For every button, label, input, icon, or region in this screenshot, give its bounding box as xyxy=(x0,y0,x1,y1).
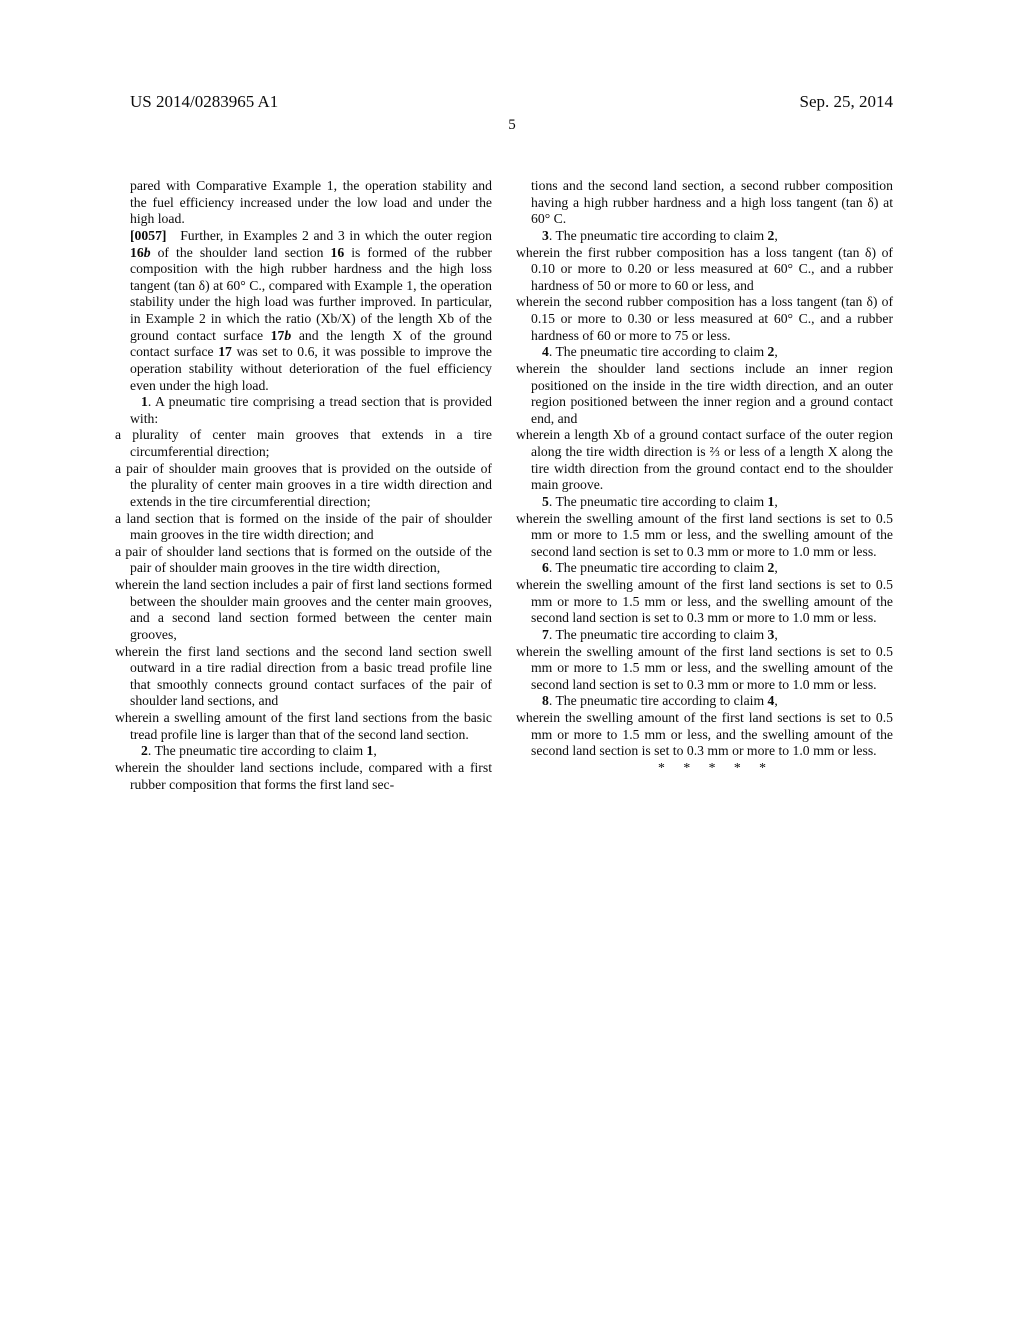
paragraph-element: a pair of shoulder main grooves that is … xyxy=(130,461,492,511)
paragraph-claim: 6. The pneumatic tire according to claim… xyxy=(531,560,893,577)
paragraph-element: a plurality of center main grooves that … xyxy=(130,427,492,460)
paragraph-claim: 7. The pneumatic tire according to claim… xyxy=(531,627,893,644)
paragraph-wherein: wherein the swelling amount of the first… xyxy=(531,644,893,694)
paragraph-element: wherein a swelling amount of the first l… xyxy=(130,710,492,743)
paragraph-claim: 3. The pneumatic tire according to claim… xyxy=(531,228,893,245)
right-column: tions and the second land section, a sec… xyxy=(531,178,893,793)
paragraph-wherein: wherein the shoulder land sections inclu… xyxy=(130,760,492,793)
paragraph-wherein: wherein the first rubber composition has… xyxy=(531,245,893,295)
paragraph-claim: 4. The pneumatic tire according to claim… xyxy=(531,344,893,361)
document-body: pared with Comparative Example 1, the op… xyxy=(130,178,893,793)
paragraph-element: wherein the first land sections and the … xyxy=(130,644,492,711)
paragraph-claim: 8. The pneumatic tire according to claim… xyxy=(531,693,893,710)
page-number: 5 xyxy=(0,116,1024,134)
page-header: US 2014/0283965 A1 Sep. 25, 2014 xyxy=(130,92,893,112)
left-column: pared with Comparative Example 1, the op… xyxy=(130,178,492,793)
paragraph-element: wherein the land section includes a pair… xyxy=(130,577,492,644)
paragraph-wherein: wherein the swelling amount of the first… xyxy=(531,577,893,627)
paragraph-body: pared with Comparative Example 1, the op… xyxy=(130,178,492,228)
paragraph-element: a pair of shoulder land sections that is… xyxy=(130,544,492,577)
publication-date: Sep. 25, 2014 xyxy=(800,92,894,112)
paragraph-claim: 1. A pneumatic tire comprising a tread s… xyxy=(130,394,492,427)
paragraph-wherein: wherein the swelling amount of the first… xyxy=(531,511,893,561)
paragraph-asterisks: * * * * * xyxy=(531,760,893,777)
paragraph-element: a land section that is formed on the ins… xyxy=(130,511,492,544)
patent-number: US 2014/0283965 A1 xyxy=(130,92,278,112)
paragraph-wherein: wherein the swelling amount of the first… xyxy=(531,710,893,760)
paragraph-wherein: wherein the second rubber composition ha… xyxy=(531,294,893,344)
paragraph-claim: 2. The pneumatic tire according to claim… xyxy=(130,743,492,760)
paragraph-wherein: wherein the shoulder land sections inclu… xyxy=(531,361,893,428)
paragraph-wherein: wherein a length Xb of a ground contact … xyxy=(531,427,893,494)
paragraph-body: [0057] Further, in Examples 2 and 3 in w… xyxy=(130,228,492,394)
paragraph-cont: tions and the second land section, a sec… xyxy=(531,178,893,228)
patent-page: US 2014/0283965 A1 Sep. 25, 2014 5 pared… xyxy=(0,0,1024,1320)
paragraph-claim: 5. The pneumatic tire according to claim… xyxy=(531,494,893,511)
